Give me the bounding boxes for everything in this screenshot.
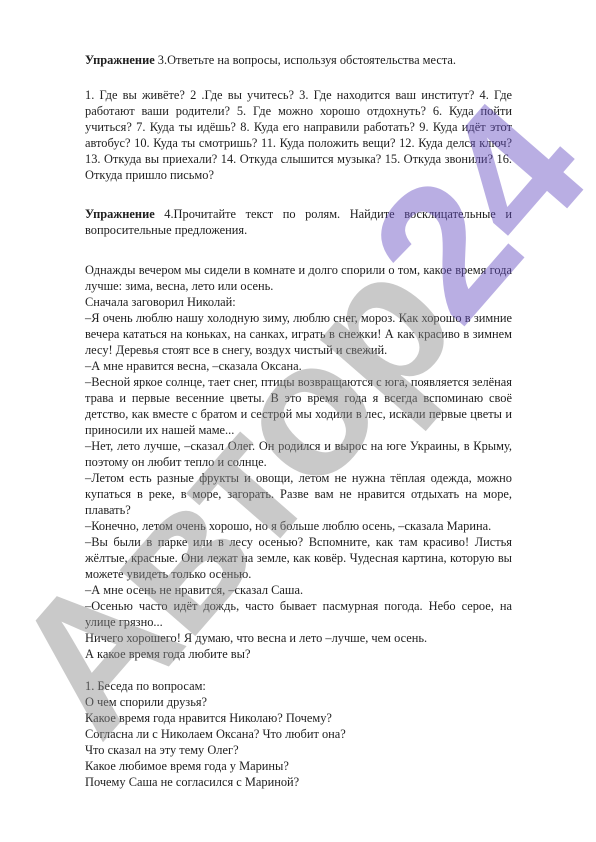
document-page: Упражнение 3.Ответьте на вопросы, исполь…	[0, 0, 596, 842]
story-paragraph: –Нет, лето лучше, –сказал Олег. Он родил…	[85, 438, 512, 470]
exercise-3-questions: 1. Где вы живёте? 2 .Где вы учитесь? 3. …	[85, 87, 512, 183]
story-paragraph: Сначала заговорил Николай:	[85, 294, 512, 310]
question-line: Согласна ли с Николаем Оксана? Что любит…	[85, 726, 512, 742]
story-paragraph: А какое время года любите вы?	[85, 646, 512, 662]
questions-block: 1. Беседа по вопросам: О чем спорили дру…	[85, 678, 512, 790]
question-line: Что сказал на эту тему Олег?	[85, 742, 512, 758]
story-paragraph: –А мне нравится весна, –сказала Оксана.	[85, 358, 512, 374]
story-paragraph: Однажды вечером мы сидели в комнате и до…	[85, 262, 512, 294]
story: Однажды вечером мы сидели в комнате и до…	[85, 262, 512, 662]
exercise-4-heading: Упражнение 4.Прочитайте текст по ролям. …	[85, 206, 512, 238]
page-content: Упражнение 3.Ответьте на вопросы, исполь…	[85, 52, 512, 790]
question-line: Какое любимое время года у Марины?	[85, 758, 512, 774]
exercise-3-intro: 3.Ответьте на вопросы, используя обстоят…	[155, 53, 456, 67]
exercise-3-heading: Упражнение 3.Ответьте на вопросы, исполь…	[85, 52, 512, 68]
questions-title: 1. Беседа по вопросам:	[85, 678, 512, 694]
exercise-4-label: Упражнение	[85, 207, 155, 221]
exercise-3-label: Упражнение	[85, 53, 155, 67]
story-paragraph: –Вы были в парке или в лесу осенью? Вспо…	[85, 534, 512, 582]
story-paragraph: –Весной яркое солнце, тает снег, птицы в…	[85, 374, 512, 438]
story-paragraph: –А мне осень не нравится, –сказал Саша.	[85, 582, 512, 598]
story-paragraph: –Конечно, летом очень хорошо, но я больш…	[85, 518, 512, 534]
story-paragraph: –Я очень люблю нашу холодную зиму, люблю…	[85, 310, 512, 358]
question-line: Почему Саша не согласился с Мариной?	[85, 774, 512, 790]
question-line: Какое время года нравится Николаю? Почем…	[85, 710, 512, 726]
story-paragraph: –Летом есть разные фрукты и овощи, летом…	[85, 470, 512, 518]
story-paragraph: Ничего хорошего! Я думаю, что весна и ле…	[85, 630, 512, 646]
story-paragraph: –Осенью часто идёт дождь, часто бывает п…	[85, 598, 512, 630]
question-line: О чем спорили друзья?	[85, 694, 512, 710]
